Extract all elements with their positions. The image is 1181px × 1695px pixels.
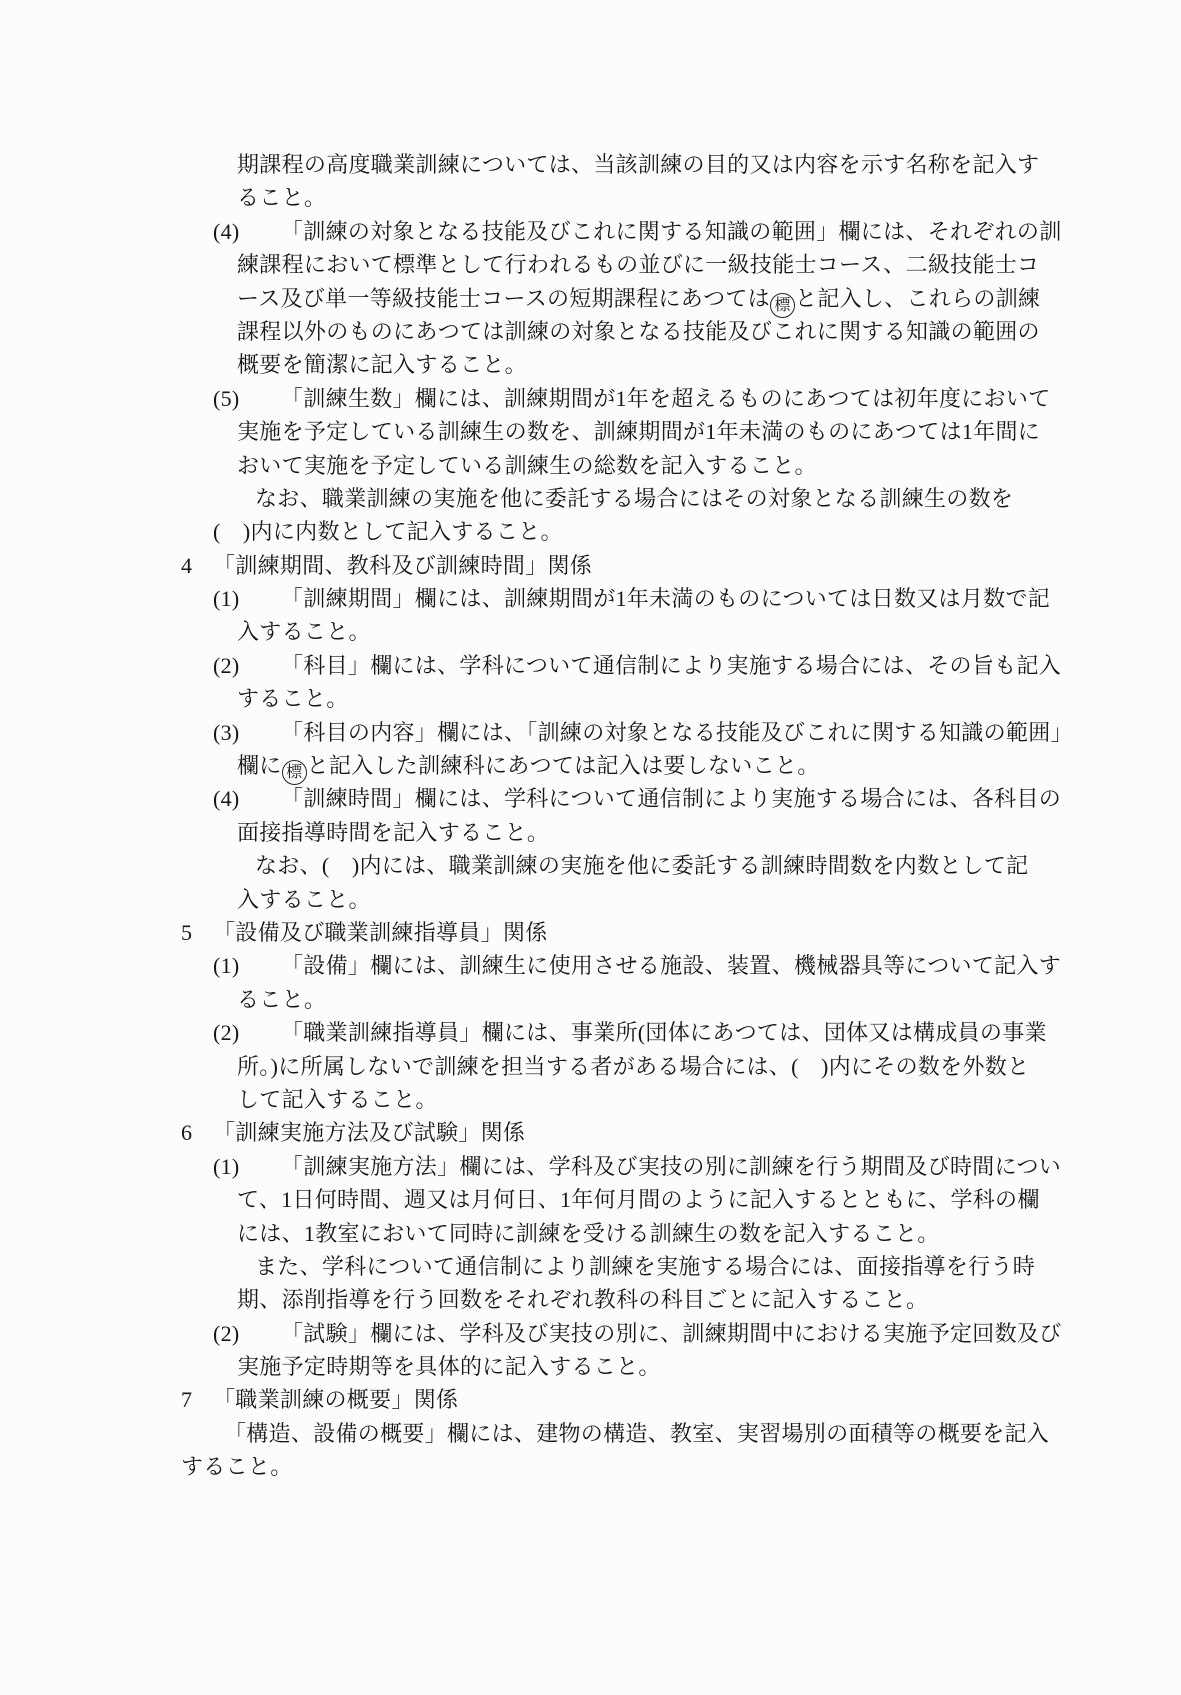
text-line: ース及び単一等級技能士コースの短期課程にあつては標と記入し、これらの訓練 [0, 282, 1181, 315]
section-5-heading: 5「設備及び職業訓練指導員」関係 [0, 916, 1181, 949]
text-line: 入すること。 [0, 883, 1181, 916]
clause-line: (2)「科目」欄には、学科について通信制により実施する場合には、その旨も記入 [0, 649, 1181, 682]
section-4-heading: 4「訓練期間、教科及び訓練時間」関係 [0, 549, 1181, 582]
clause-line: (2)「試験」欄には、学科及び実技の別に、訓練期間中における実施予定回数及び [0, 1317, 1181, 1350]
section-number: 5 [181, 916, 213, 949]
clause-number: (1) [213, 1150, 281, 1183]
clause-number: (4) [213, 215, 281, 248]
text-line: 期課程の高度職業訓練については、当該訓練の目的又は内容を示す名称を記入す [0, 148, 1181, 181]
section-7-heading: 7「職業訓練の概要」関係 [0, 1383, 1181, 1416]
section-title: 「設備及び職業訓練指導員」関係 [213, 920, 548, 945]
text-line: ( )内に内数として記入すること。 [0, 515, 1181, 548]
text-line: なお、( )内には、職業訓練の実施を他に委託する訓練時間数を内数として記 [0, 849, 1181, 882]
text-line: て、1日何時間、週又は月何日、1年何月間のように記入するとともに、学科の欄 [0, 1183, 1181, 1216]
clause-line: (2)「職業訓練指導員」欄には、事業所(団体にあつては、団体又は構成員の事業 [0, 1016, 1181, 1049]
text-line: おいて実施を予定している訓練生の総数を記入すること。 [0, 449, 1181, 482]
clause-text: 「訓練生数」欄には、訓練期間が1年を超えるものにあつては初年度において [281, 386, 1051, 411]
section-number: 4 [181, 549, 213, 582]
clause-text: 「設備」欄には、訓練生に使用させる施設、装置、機械器具等について記入す [281, 953, 1061, 978]
clause-line: (5)「訓練生数」欄には、訓練期間が1年を超えるものにあつては初年度において [0, 382, 1181, 415]
text-line: 概要を簡潔に記入すること。 [0, 348, 1181, 381]
clause-text: 「科目の内容」欄には、「訓練の対象となる技能及びこれに関する知識の範囲」 [281, 720, 1073, 745]
text-line: 実施を予定している訓練生の数を、訓練期間が1年未満のものにあつては1年間に [0, 415, 1181, 448]
clause-line: (3)「科目の内容」欄には、「訓練の対象となる技能及びこれに関する知識の範囲」 [0, 716, 1181, 749]
clause-line: (1)「訓練実施方法」欄には、学科及び実技の別に訓練を行う期間及び時間につい [0, 1150, 1181, 1183]
maru-hyo-stamp: 標 [770, 293, 795, 318]
text-segment: 欄に [237, 753, 282, 778]
section-number: 6 [181, 1116, 213, 1149]
text-segment: と記入し、これらの訓練 [795, 286, 1040, 311]
text-line: 所。)に所属しないで訓練を担当する者がある場合には、( )内にその数を外数と [0, 1050, 1181, 1083]
text-line: 入すること。 [0, 615, 1181, 648]
clause-number: (3) [213, 716, 281, 749]
section-number: 7 [181, 1383, 213, 1416]
clause-number: (1) [213, 949, 281, 982]
clause-text: 「訓練の対象となる技能及びこれに関する知識の範囲」欄には、それぞれの訓 [281, 219, 1062, 244]
clause-number: (1) [213, 582, 281, 615]
text-line: 期、添削指導を行う回数をそれぞれ教科の科目ごとに記入すること。 [0, 1283, 1181, 1316]
clause-text: 「試験」欄には、学科及び実技の別に、訓練期間中における実施予定回数及び [281, 1321, 1062, 1346]
text-segment: ース及び単一等級技能士コースの短期課程にあつては [237, 286, 770, 311]
clause-text: 「訓練時間」欄には、学科について通信制により実施する場合には、各科目の [281, 786, 1061, 811]
clause-text: 「職業訓練指導員」欄には、事業所(団体にあつては、団体又は構成員の事業 [281, 1020, 1047, 1045]
text-line: 欄に標と記入した訓練科にあつては記入は要しないこと。 [0, 749, 1181, 782]
text-line: には、1教室において同時に訓練を受ける訓練生の数を記入すること。 [0, 1217, 1181, 1250]
clause-text: 「訓練期間」欄には、訓練期間が1年未満のものについては日数又は月数で記 [281, 586, 1050, 611]
text-line: ること。 [0, 983, 1181, 1016]
clause-number: (4) [213, 782, 281, 815]
clause-line: (1)「設備」欄には、訓練生に使用させる施設、装置、機械器具等について記入す [0, 949, 1181, 982]
text-line: すること。 [0, 1450, 1181, 1483]
maru-hyo-stamp: 標 [282, 760, 307, 785]
clause-text: 「訓練実施方法」欄には、学科及び実技の別に訓練を行う期間及び時間につい [281, 1154, 1061, 1179]
clause-number: (2) [213, 649, 281, 682]
clause-text: 「科目」欄には、学科について通信制により実施する場合には、その旨も記入 [281, 653, 1061, 678]
text-line: なお、職業訓練の実施を他に委託する場合にはその対象となる訓練生の数を [0, 482, 1181, 515]
clause-number: (2) [213, 1317, 281, 1350]
text-line: 課程以外のものにあつては訓練の対象となる技能及びこれに関する知識の範囲の [0, 315, 1181, 348]
section-6-heading: 6「訓練実施方法及び試験」関係 [0, 1116, 1181, 1149]
section-title: 「職業訓練の概要」関係 [213, 1387, 458, 1412]
text-line: すること。 [0, 682, 1181, 715]
clause-line: (4)「訓練時間」欄には、学科について通信制により実施する場合には、各科目の [0, 782, 1181, 815]
text-line: 面接指導時間を記入すること。 [0, 816, 1181, 849]
clause-number: (2) [213, 1016, 281, 1049]
document-page: 期課程の高度職業訓練については、当該訓練の目的又は内容を示す名称を記入す ること… [0, 0, 1181, 1695]
text-line: して記入すること。 [0, 1083, 1181, 1116]
text-line: 「構造、設備の概要」欄には、建物の構造、教室、実習場別の面積等の概要を記入 [0, 1417, 1181, 1450]
text-line: 練課程において標準として行われるもの並びに一級技能士コース、二級技能士コ [0, 248, 1181, 281]
text-line: ること。 [0, 181, 1181, 214]
text-line: 実施予定時期等を具体的に記入すること。 [0, 1350, 1181, 1383]
section-title: 「訓練実施方法及び試験」関係 [213, 1120, 525, 1145]
section-title: 「訓練期間、教科及び訓練時間」関係 [213, 553, 592, 578]
text-line: また、学科について通信制により訓練を実施する場合には、面接指導を行う時 [0, 1250, 1181, 1283]
text-segment: と記入した訓練科にあつては記入は要しないこと。 [307, 753, 820, 778]
clause-line: (1)「訓練期間」欄には、訓練期間が1年未満のものについては日数又は月数で記 [0, 582, 1181, 615]
clause-line: (4)「訓練の対象となる技能及びこれに関する知識の範囲」欄には、それぞれの訓 [0, 215, 1181, 248]
clause-number: (5) [213, 382, 281, 415]
